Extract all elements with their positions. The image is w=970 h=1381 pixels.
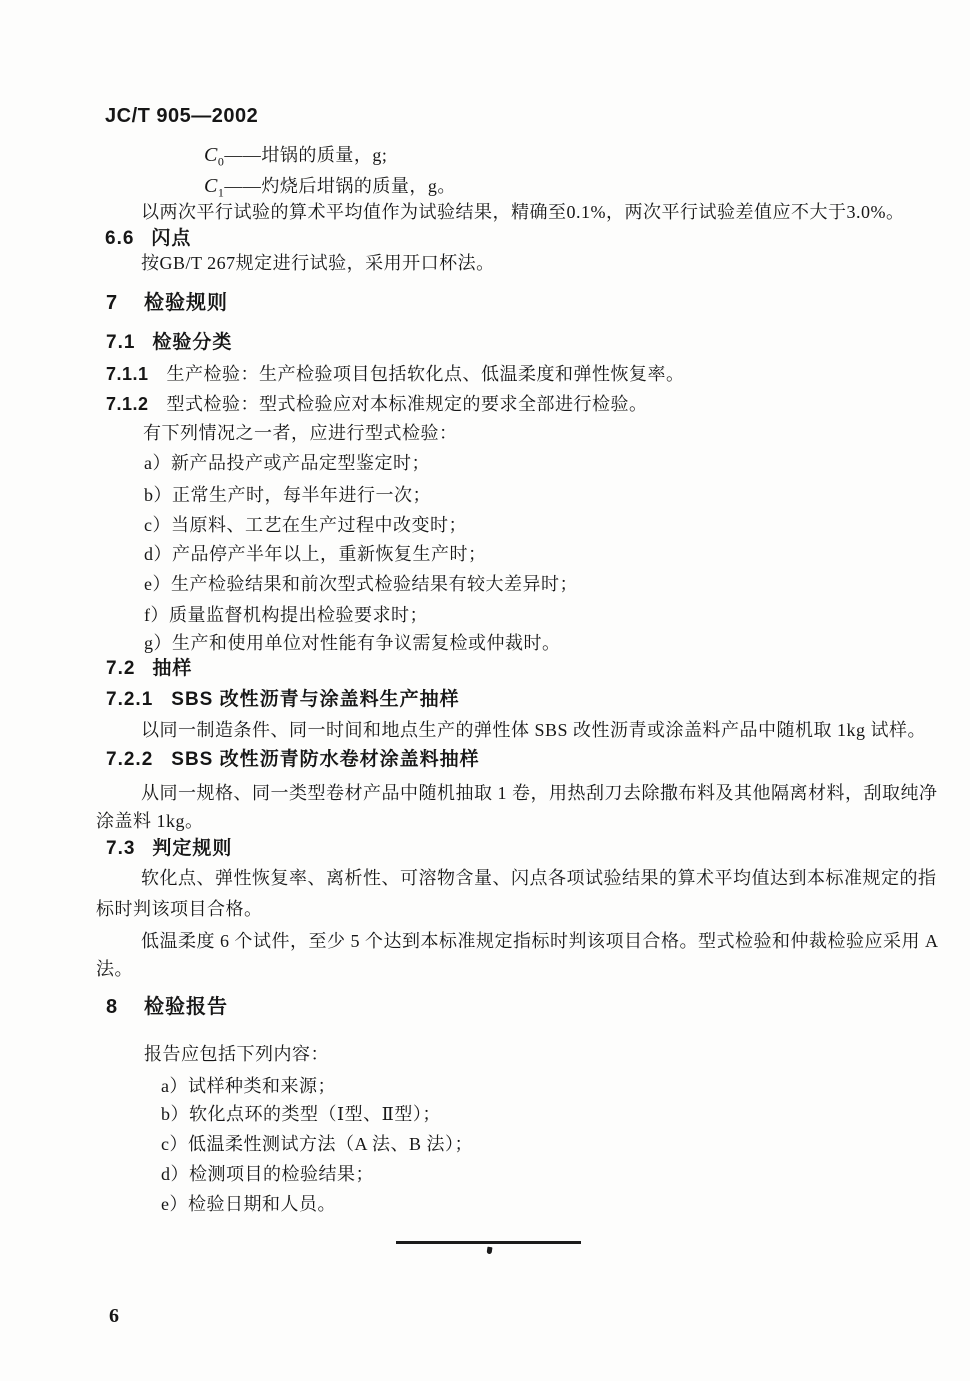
scanned-standard-page: JC/T 905—2002 C0——坩锅的质量，g; C1——灼烧后坩锅的质量，… [0, 0, 970, 1381]
paragraph-7-2-2-line2: 涂盖料 1kg。 [96, 808, 204, 834]
heading-8: 8检验报告 [106, 994, 228, 1020]
page-number: 6 [109, 1303, 119, 1329]
paragraph-7-2-1: 以同一制造条件、同一时间和地点生产的弹性体 SBS 改性沥青或涂盖料产品中随机取… [141, 717, 926, 743]
paragraph-7-3-a-line1: 软化点、弹性恢复率、离析性、可溶物含量、闪点各项试验结果的算术平均值达到本标准规… [141, 865, 937, 891]
ink-speck [487, 1247, 493, 1255]
heading-6-6-number: 6.6 [105, 226, 134, 252]
heading-7-2: 7.2抽样 [106, 656, 192, 682]
heading-7-1: 7.1检验分类 [106, 330, 232, 356]
list-item-e: e）生产检验结果和前次型式检验结果有较大差异时； [144, 571, 578, 597]
heading-7-number: 7 [106, 290, 144, 316]
heading-7-2-1-title: SBS 改性沥青与涂盖料生产抽样 [171, 689, 459, 710]
report-item-d: d）检测项目的检验结果； [161, 1161, 374, 1187]
heading-7-2-2: 7.2.2SBS 改性沥青防水卷材涂盖料抽样 [106, 747, 480, 773]
heading-6-6: 6.6闪点 [105, 226, 191, 252]
report-item-b: b）软化点环的类型（Ⅰ型、Ⅱ型）； [161, 1101, 441, 1127]
heading-7-3-number: 7.3 [106, 836, 135, 862]
list-item-a: a）新产品投产或产品定型鉴定时； [144, 450, 430, 476]
definition-c0: C0——坩锅的质量，g; [204, 142, 387, 168]
clause-7-1-2: 7.1.2型式检验：型式检验应对本标准规定的要求全部进行检验。 [106, 391, 648, 417]
heading-7: 7检验规则 [106, 290, 228, 316]
heading-7-2-2-title: SBS 改性沥青防水卷材涂盖料抽样 [171, 749, 479, 770]
paragraph-7-3-b-line2: 法。 [96, 956, 133, 982]
report-item-e: e）检验日期和人员。 [161, 1191, 336, 1217]
heading-7-2-1-number: 7.2.1 [106, 687, 153, 713]
doc-number-header: JC/T 905—2002 [105, 103, 258, 129]
list-item-c: c）当原料、工艺在生产过程中改变时； [144, 512, 467, 538]
symbol-c0: C [204, 144, 218, 166]
clause-7-1-2-number: 7.1.2 [106, 394, 149, 414]
heading-7-2-1: 7.2.1SBS 改性沥青与涂盖料生产抽样 [106, 687, 460, 713]
heading-7-2-title: 抽样 [152, 658, 192, 679]
heading-7-3: 7.3判定规则 [106, 836, 232, 862]
clause-7-1-2-text: 型式检验：型式检验应对本标准规定的要求全部进行检验。 [167, 394, 648, 414]
list-item-d: d）产品停产半年以上，重新恢复生产时； [144, 541, 487, 567]
paragraph-flash-point: 按GB/T 267规定进行试验，采用开口杯法。 [141, 250, 495, 276]
heading-8-number: 8 [106, 994, 144, 1020]
heading-7-1-title: 检验分类 [152, 332, 232, 353]
heading-6-6-title: 闪点 [151, 228, 191, 249]
definition-c1: C1——灼烧后坩锅的质量，g。 [204, 173, 456, 199]
paragraph-7-3-b-line1: 低温柔度 6 个试件，至少 5 个达到本标准规定指标时判该项目合格。型式检验和仲… [141, 928, 939, 954]
list-item-g: g）生产和使用单位对性能有争议需复检或仲裁时。 [144, 630, 561, 656]
heading-7-2-2-number: 7.2.2 [106, 747, 153, 773]
report-item-a: a）试样种类和来源； [161, 1073, 336, 1099]
clause-7-1-1-text: 生产检验：生产检验项目包括软化点、低温柔度和弹性恢复率。 [167, 364, 685, 384]
heading-8-title: 检验报告 [144, 996, 228, 1018]
heading-7-3-title: 判定规则 [152, 838, 232, 859]
heading-7-title: 检验规则 [144, 292, 228, 314]
definition-c1-text: ——灼烧后坩锅的质量，g。 [224, 176, 456, 196]
heading-7-1-number: 7.1 [106, 330, 135, 356]
paragraph-type-test-intro: 有下列情况之一者，应进行型式检验： [143, 420, 458, 446]
paragraph-report-intro: 报告应包括下列内容： [144, 1041, 329, 1067]
report-item-c: c）低温柔性测试方法（A 法、B 法）； [161, 1131, 473, 1157]
clause-7-1-1-number: 7.1.1 [106, 364, 149, 384]
clause-7-1-1: 7.1.1生产检验：生产检验项目包括软化点、低温柔度和弹性恢复率。 [106, 361, 685, 387]
paragraph-7-2-2-line1: 从同一规格、同一类型卷材产品中随机抽取 1 卷，用热刮刀去除撒布料及其他隔离材料… [141, 780, 938, 806]
paragraph-7-3-a-line2: 标时判该项目合格。 [96, 896, 263, 922]
symbol-c1: C [204, 175, 218, 197]
list-item-f: f）质量监督机构提出检验要求时； [144, 602, 428, 628]
end-of-document-rule [396, 1241, 581, 1244]
list-item-b: b）正常生产时，每半年进行一次； [144, 482, 431, 508]
heading-7-2-number: 7.2 [106, 656, 135, 682]
paragraph-result-rule: 以两次平行试验的算术平均值作为试验结果，精确至0.1%，两次平行试验差值应不大于… [141, 199, 904, 225]
definition-c0-text: ——坩锅的质量，g; [224, 145, 387, 165]
